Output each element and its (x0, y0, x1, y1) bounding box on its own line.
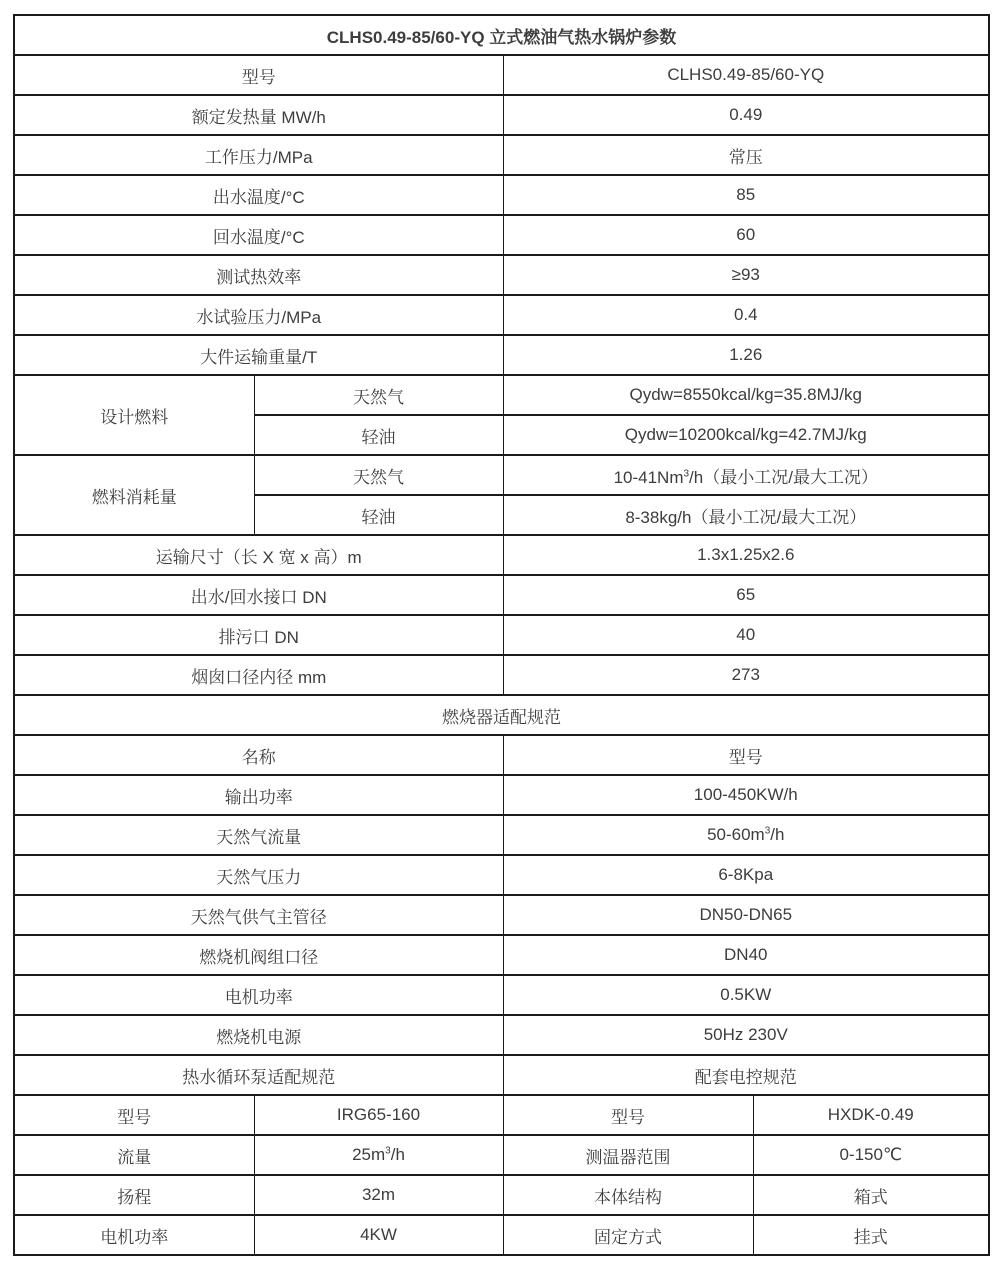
pump-section-header: 热水循环泵适配规范 (14, 1055, 503, 1095)
spec-label: 回水温度/°C (14, 215, 503, 255)
spec-label: 燃烧机阀组口径 (14, 935, 503, 975)
spec-label: 名称 (14, 735, 503, 775)
table-row: 扬程 32m 本体结构 箱式 (14, 1175, 989, 1215)
fuel-type-label: 轻油 (254, 495, 503, 535)
spec-value: 60 (503, 215, 989, 255)
fuel-value: 8-38kg/h（最小工况/最大工况） (503, 495, 989, 535)
value-text: /h (770, 825, 784, 844)
table-row: 出水/回水接口 DN 65 (14, 575, 989, 615)
electric-label: 测温器范围 (503, 1135, 753, 1175)
table-row: 天然气压力 6-8Kpa (14, 855, 989, 895)
table-row: 排污口 DN 40 (14, 615, 989, 655)
section-header-row: 热水循环泵适配规范 配套电控规范 (14, 1055, 989, 1095)
table-row: 燃料消耗量 天然气 10-41Nm3/h（最小工况/最大工况） (14, 455, 989, 495)
section-header-row: 燃烧器适配规范 (14, 695, 989, 735)
spec-value: 常压 (503, 135, 989, 175)
burner-section-header: 燃烧器适配规范 (14, 695, 989, 735)
spec-value: 1.3x1.25x2.6 (503, 535, 989, 575)
fuel-value: Qydw=10200kcal/kg=42.7MJ/kg (503, 415, 989, 455)
fuel-consumption-group-label: 燃料消耗量 (14, 455, 254, 535)
spec-label: 燃烧机电源 (14, 1015, 503, 1055)
table-row: 流量 25m3/h 测温器范围 0-150℃ (14, 1135, 989, 1175)
spec-value: 100-450KW/h (503, 775, 989, 815)
electric-value: 0-150℃ (753, 1135, 989, 1175)
table-row: 电机功率 0.5KW (14, 975, 989, 1015)
spec-value: 0.49 (503, 95, 989, 135)
spec-value: DN50-DN65 (503, 895, 989, 935)
title-row: CLHS0.49-85/60-YQ 立式燃油气热水锅炉参数 (14, 15, 989, 55)
fuel-type-label: 天然气 (254, 455, 503, 495)
spec-label: 天然气压力 (14, 855, 503, 895)
table-row: 电机功率 4KW 固定方式 挂式 (14, 1215, 989, 1255)
spec-label: 出水温度/°C (14, 175, 503, 215)
electric-value: 挂式 (753, 1215, 989, 1255)
spec-value: 40 (503, 615, 989, 655)
spec-label: 烟囱口径内径 mm (14, 655, 503, 695)
table-row: 运输尺寸（长 X 宽 x 高）m 1.3x1.25x2.6 (14, 535, 989, 575)
spec-value: 85 (503, 175, 989, 215)
electric-label: 固定方式 (503, 1215, 753, 1255)
spec-value: 0.5KW (503, 975, 989, 1015)
fuel-type-label: 轻油 (254, 415, 503, 455)
design-fuel-group-label: 设计燃料 (14, 375, 254, 455)
pump-label: 扬程 (14, 1175, 254, 1215)
page-title: CLHS0.49-85/60-YQ 立式燃油气热水锅炉参数 (14, 15, 989, 55)
value-text: 10-41Nm (614, 468, 684, 487)
value-text: 25m (352, 1145, 385, 1164)
table-row: 烟囱口径内径 mm 273 (14, 655, 989, 695)
table-row: 大件运输重量/T 1.26 (14, 335, 989, 375)
spec-label: 工作压力/MPa (14, 135, 503, 175)
fuel-value: Qydw=8550kcal/kg=35.8MJ/kg (503, 375, 989, 415)
spec-label: 天然气供气主管径 (14, 895, 503, 935)
pump-value: 25m3/h (254, 1135, 503, 1175)
spec-label: 大件运输重量/T (14, 335, 503, 375)
spec-value: 0.4 (503, 295, 989, 335)
table-row: 名称 型号 (14, 735, 989, 775)
table-row: 输出功率 100-450KW/h (14, 775, 989, 815)
pump-value: IRG65-160 (254, 1095, 503, 1135)
pump-label: 流量 (14, 1135, 254, 1175)
electric-section-header: 配套电控规范 (503, 1055, 989, 1095)
table-row: 燃烧机电源 50Hz 230V (14, 1015, 989, 1055)
spec-label: 出水/回水接口 DN (14, 575, 503, 615)
spec-value: 65 (503, 575, 989, 615)
spec-value: 1.26 (503, 335, 989, 375)
pump-value: 32m (254, 1175, 503, 1215)
table-row: 水试验压力/MPa 0.4 (14, 295, 989, 335)
value-text: /h（最小工况/最大工况） (689, 468, 878, 487)
spec-label: 运输尺寸（长 X 宽 x 高）m (14, 535, 503, 575)
spec-label: 额定发热量 MW/h (14, 95, 503, 135)
pump-label: 型号 (14, 1095, 254, 1135)
spec-value: CLHS0.49-85/60-YQ (503, 55, 989, 95)
table-row: 回水温度/°C 60 (14, 215, 989, 255)
table-row: 天然气流量 50-60m3/h (14, 815, 989, 855)
table-row: 设计燃料 天然气 Qydw=8550kcal/kg=35.8MJ/kg (14, 375, 989, 415)
spec-label: 输出功率 (14, 775, 503, 815)
spec-label: 测试热效率 (14, 255, 503, 295)
boiler-spec-table: CLHS0.49-85/60-YQ 立式燃油气热水锅炉参数 型号 CLHS0.4… (13, 14, 990, 1256)
fuel-value: 10-41Nm3/h（最小工况/最大工况） (503, 455, 989, 495)
table-row: 工作压力/MPa 常压 (14, 135, 989, 175)
table-row: 型号 IRG65-160 型号 HXDK-0.49 (14, 1095, 989, 1135)
spec-label: 电机功率 (14, 975, 503, 1015)
pump-label: 电机功率 (14, 1215, 254, 1255)
spec-label: 水试验压力/MPa (14, 295, 503, 335)
spec-value: 50Hz 230V (503, 1015, 989, 1055)
table-row: 出水温度/°C 85 (14, 175, 989, 215)
table-row: 额定发热量 MW/h 0.49 (14, 95, 989, 135)
spec-label: 排污口 DN (14, 615, 503, 655)
pump-value: 4KW (254, 1215, 503, 1255)
spec-value: 273 (503, 655, 989, 695)
spec-value: 6-8Kpa (503, 855, 989, 895)
spec-value: ≥93 (503, 255, 989, 295)
fuel-type-label: 天然气 (254, 375, 503, 415)
table-row: 燃烧机阀组口径 DN40 (14, 935, 989, 975)
table-row: 天然气供气主管径 DN50-DN65 (14, 895, 989, 935)
table-row: 型号 CLHS0.49-85/60-YQ (14, 55, 989, 95)
spec-label: 型号 (14, 55, 503, 95)
spec-value: 50-60m3/h (503, 815, 989, 855)
electric-value: 箱式 (753, 1175, 989, 1215)
electric-value: HXDK-0.49 (753, 1095, 989, 1135)
value-text: /h (391, 1145, 405, 1164)
electric-label: 本体结构 (503, 1175, 753, 1215)
table-row: 测试热效率 ≥93 (14, 255, 989, 295)
spec-label: 天然气流量 (14, 815, 503, 855)
electric-label: 型号 (503, 1095, 753, 1135)
spec-value: DN40 (503, 935, 989, 975)
spec-value: 型号 (503, 735, 989, 775)
value-text: 50-60m (707, 825, 765, 844)
